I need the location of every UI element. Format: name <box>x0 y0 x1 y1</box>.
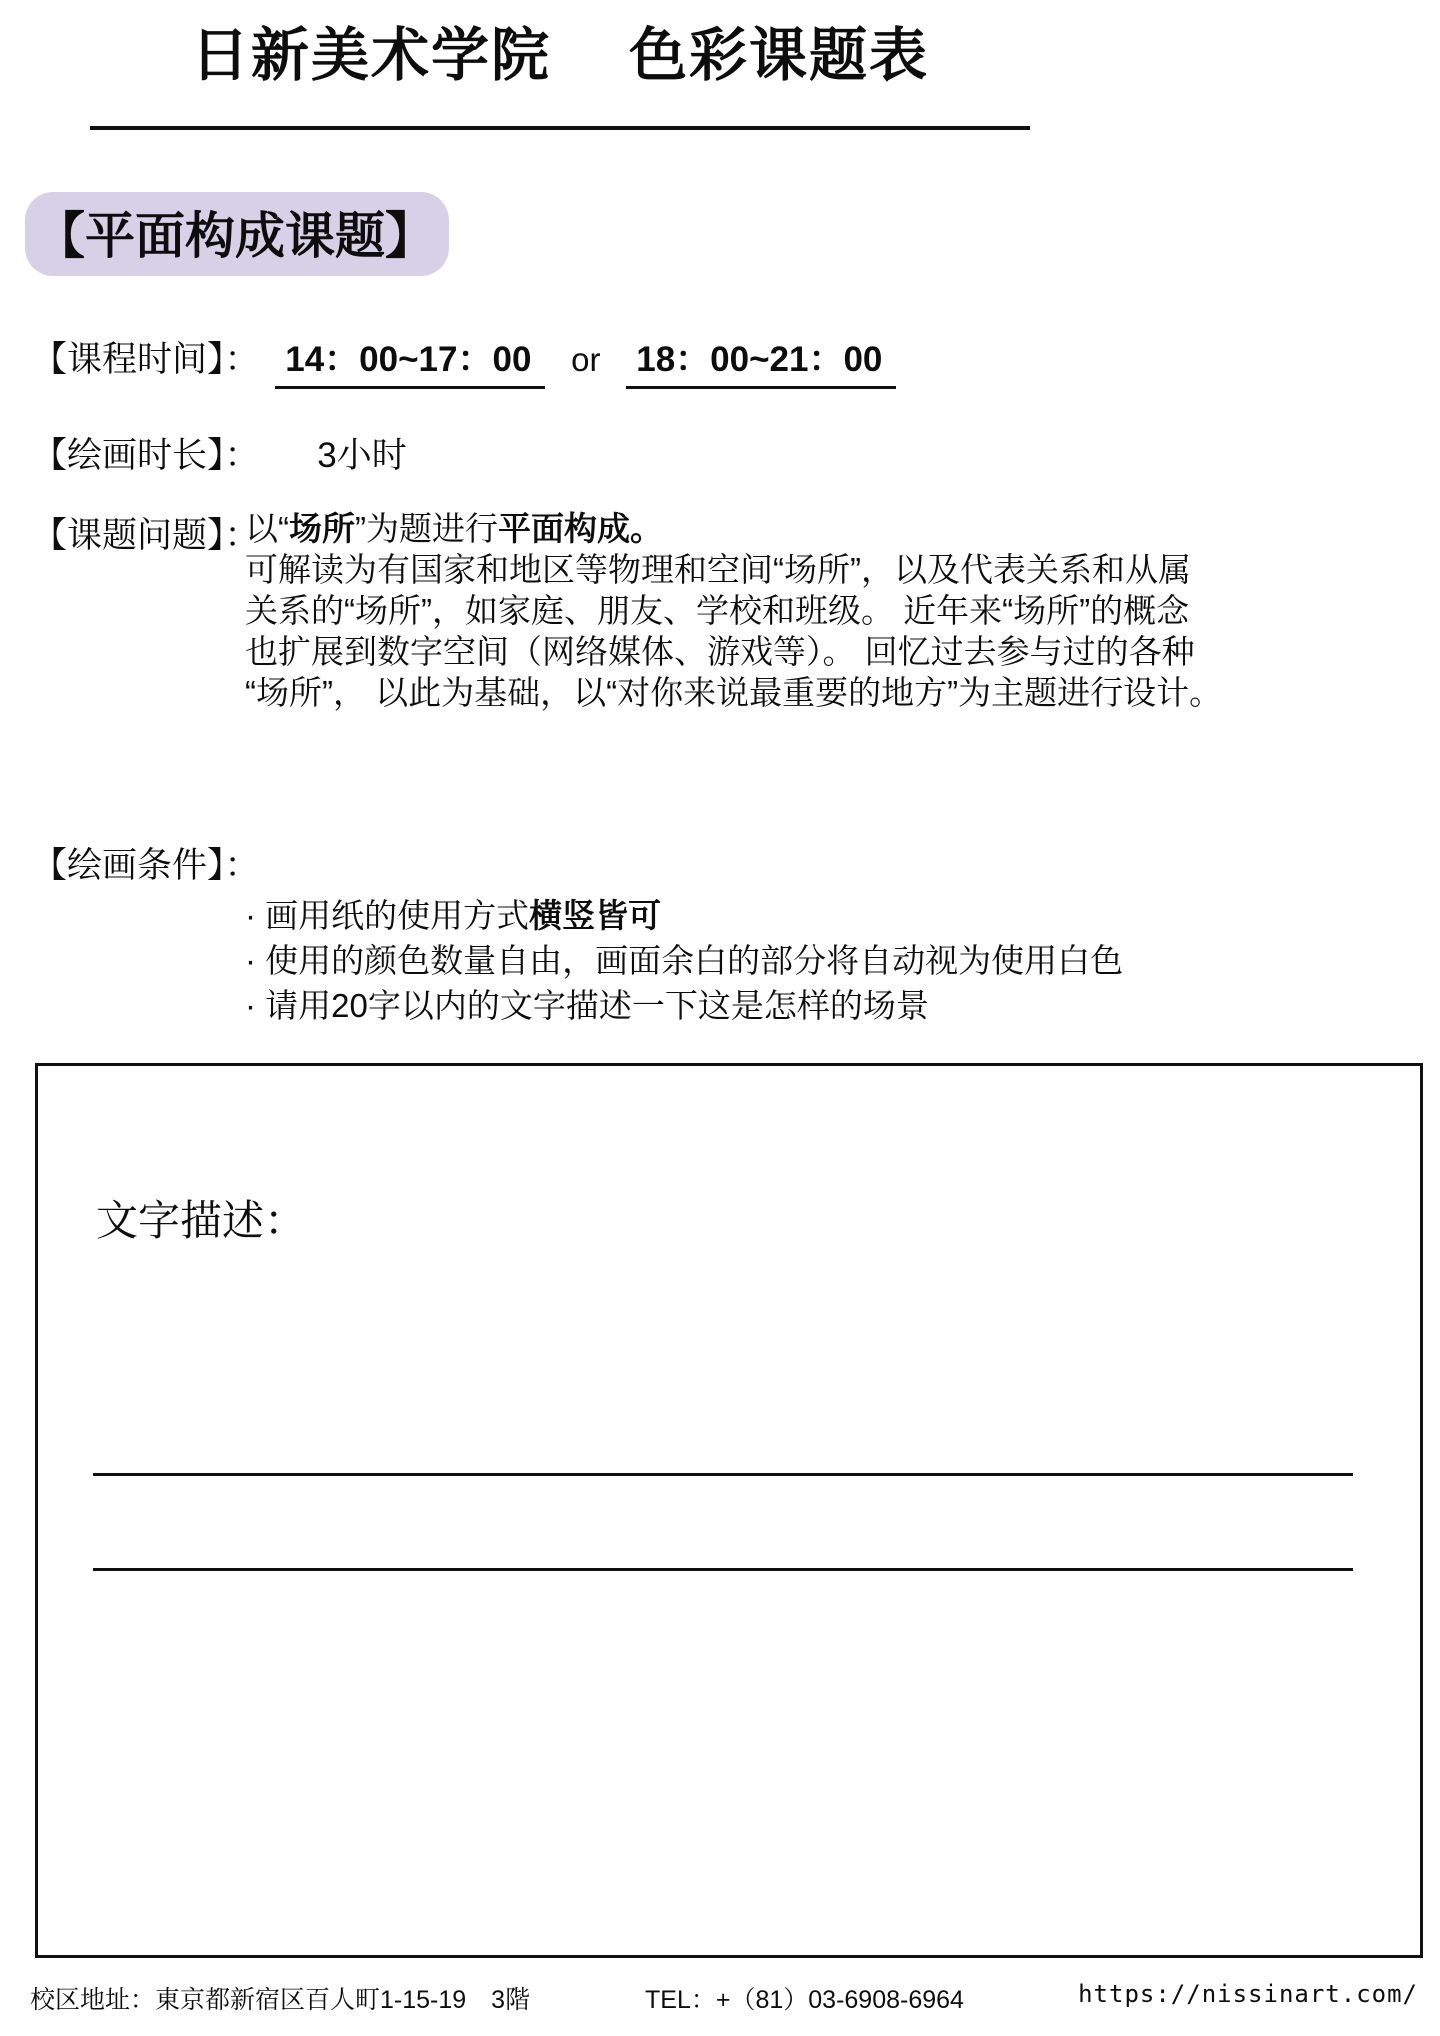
website-url[interactable]: https://nissinart.com/ <box>1078 1980 1418 2008</box>
topic-label: 【课题问题】： <box>32 508 260 558</box>
course-time-label: 【课程时间】： <box>32 332 260 382</box>
conditions-label: 【绘画条件】： <box>32 838 260 888</box>
duration-row: 【绘画时长】： 3小时 <box>32 428 407 478</box>
topic-line-3: 关系的“场所”，如家庭、朋友、学校和班级。 近年来“场所”的概念 <box>245 590 1222 631</box>
course-time-row: 【课程时间】： 14：00~17：00 or 18：00~21：00 <box>32 332 902 389</box>
condition-item-1: · 画用纸的使用方式横竖皆可 <box>245 893 1123 938</box>
header: 日新美术学院 色彩课题表 <box>90 20 1030 130</box>
text-description-box[interactable]: 文字描述： <box>35 1063 1423 1958</box>
course-time-slot2: 18：00~21：00 <box>626 332 896 389</box>
writing-line-2 <box>93 1568 1353 1571</box>
footer: 校区地址：東京都新宿区百人町1-15-19 3階 TEL：+（81）03-690… <box>0 1980 1440 2020</box>
section-heading-flat-composition: 【平面构成课题】 <box>25 192 449 276</box>
description-label: 文字描述： <box>96 1188 306 1248</box>
condition-item-3: · 请用20字以内的文字描述一下这是怎样的场景 <box>245 983 1123 1028</box>
course-time-slot1: 14：00~17：00 <box>275 332 545 389</box>
topic-line-2: 可解读为有国家和地区等物理和空间“场所”，以及代表关系和从属 <box>245 549 1222 590</box>
course-time-conjunction: or <box>571 341 600 378</box>
course-sheet-page: 日新美术学院 色彩课题表 【平面构成课题】 【课程时间】： 14：00~17：0… <box>0 0 1440 2036</box>
topic-line-4: 也扩展到数字空间（网络媒体、游戏等）。 回忆过去参与过的各种 <box>245 631 1222 672</box>
duration-value: 3小时 <box>317 436 406 475</box>
topic-paragraph: 以“场所”为题进行平面构成。 可解读为有国家和地区等物理和空间“场所”，以及代表… <box>245 508 1222 713</box>
conditions-list: · 画用纸的使用方式横竖皆可 · 使用的颜色数量自由，画面余白的部分将自动视为使… <box>245 893 1123 1028</box>
condition-item-2: · 使用的颜色数量自由，画面余白的部分将自动视为使用白色 <box>245 938 1123 983</box>
campus-address: 校区地址：東京都新宿区百人町1-15-19 3階 <box>30 1980 530 2016</box>
writing-line-1 <box>93 1473 1353 1476</box>
duration-label: 【绘画时长】： <box>32 428 260 478</box>
topic-line-5: “场所”， 以此为基础，以“对你来说最重要的地方”为主题进行设计。 <box>245 672 1222 713</box>
phone-number: TEL：+（81）03-6908-6964 <box>645 1980 964 2016</box>
topic-line-1: 以“场所”为题进行平面构成。 <box>245 508 1222 549</box>
page-title: 日新美术学院 色彩课题表 <box>90 20 1030 92</box>
